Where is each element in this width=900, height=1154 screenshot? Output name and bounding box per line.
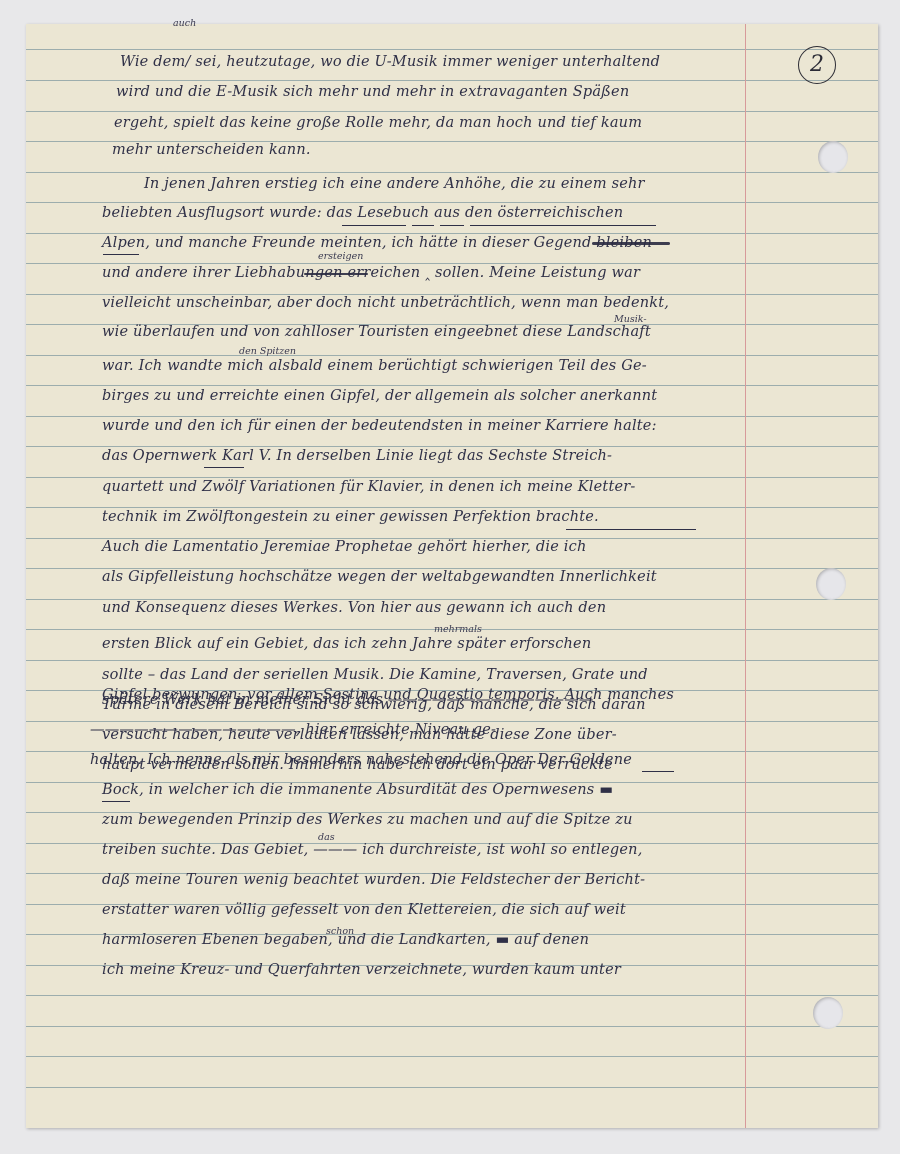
text-line: sollte – das Land der seriellen Musik. D… xyxy=(102,667,648,683)
insertion-ersteigen: ersteigen xyxy=(318,251,363,262)
text-line: Auch die Lamentatio Jeremiae Prophetae g… xyxy=(102,539,587,555)
text-line: ——————————————, hier erreichte Niveau ge… xyxy=(90,722,496,738)
insertion-den-spitzen: den Spitzen xyxy=(239,346,296,357)
strikethrough-gegend xyxy=(592,242,670,245)
insertion-schon: schon xyxy=(326,926,354,937)
text-line: ersten Blick auf ein Gebiet, das ich zeh… xyxy=(102,636,591,652)
underline-karl-v xyxy=(204,467,244,468)
text-line: zum bewegenden Prinzip des Werkes zu mac… xyxy=(102,812,633,828)
strikethrough-erreichen xyxy=(304,273,368,275)
margin-line xyxy=(745,24,746,1128)
text-line: spätere Werk hat in meiner Sicht das ———… xyxy=(102,692,594,708)
insertion-mehrmals: mehrmals xyxy=(434,624,482,635)
underline-bock xyxy=(102,801,130,802)
text-line: Wie dem/ sei, heutzutage, wo die U-Musik… xyxy=(120,54,660,70)
underline-reisebuch xyxy=(342,225,406,226)
insertion-auch: auch xyxy=(173,18,196,29)
text-line: technik im Zwölftongestein zu einer gewi… xyxy=(102,509,599,525)
punch-hole-middle xyxy=(816,568,846,600)
text-line: Alpen, und manche Freunde meinten, ich h… xyxy=(102,235,652,251)
text-line: wird und die E-Musik sich mehr und mehr … xyxy=(116,84,629,100)
text-line: wie überlaufen und von zahlloser Tourist… xyxy=(102,324,651,340)
underline-oesterreichischen xyxy=(470,225,656,226)
text-line: ich meine Kreuz- und Querfahrten verzeic… xyxy=(102,962,621,978)
text-line: und Konsequenz dieses Werkes. Von hier a… xyxy=(102,600,606,616)
punch-hole-top xyxy=(818,141,848,173)
text-line: vielleicht unscheinbar, aber doch nicht … xyxy=(102,295,669,311)
text-line: Bock, in welcher ich die immanente Absur… xyxy=(102,782,613,798)
text-line: erstatter waren völlig gefesselt von den… xyxy=(102,902,626,918)
text-line: treiben suchte. Das Gebiet, ——— ich durc… xyxy=(102,842,643,858)
text-line: als Gipfelleistung hochschätze wegen der… xyxy=(102,569,657,585)
text-line: war. Ich wandte mich alsbald einem berüc… xyxy=(102,358,647,374)
text-line: wurde und den ich für einen der bedeuten… xyxy=(102,418,657,434)
text-line: In jenen Jahren erstieg ich eine andere … xyxy=(144,176,645,192)
text-line: quartett und Zwölf Variationen für Klavi… xyxy=(102,479,636,495)
underline-der-goldene-bock xyxy=(642,771,674,772)
underline-alpen xyxy=(103,254,139,255)
text-line: daß meine Touren wenig beachtet wurden. … xyxy=(102,872,645,888)
text-line: birges zu und erreichte einen Gipfel, de… xyxy=(102,388,657,404)
text-line: das Opernwerk Karl V. In derselben Linie… xyxy=(102,448,612,464)
text-line: halten. Ich nenne als mir besonders nahe… xyxy=(90,752,632,768)
page-number: 2 xyxy=(798,46,836,84)
underline-perfektion xyxy=(566,529,696,530)
underline-den xyxy=(440,225,464,226)
text-line: mehr unterscheiden kann. xyxy=(112,142,311,158)
text-line: ergeht, spielt das keine große Rolle meh… xyxy=(114,115,642,131)
punch-hole-bottom xyxy=(813,997,843,1029)
text-line: beliebten Ausflugsort wurde: das Lesebuc… xyxy=(102,205,623,221)
text-line: und andere ihrer Liebhabungen erreichen … xyxy=(102,265,640,281)
underline-aus xyxy=(412,225,434,226)
